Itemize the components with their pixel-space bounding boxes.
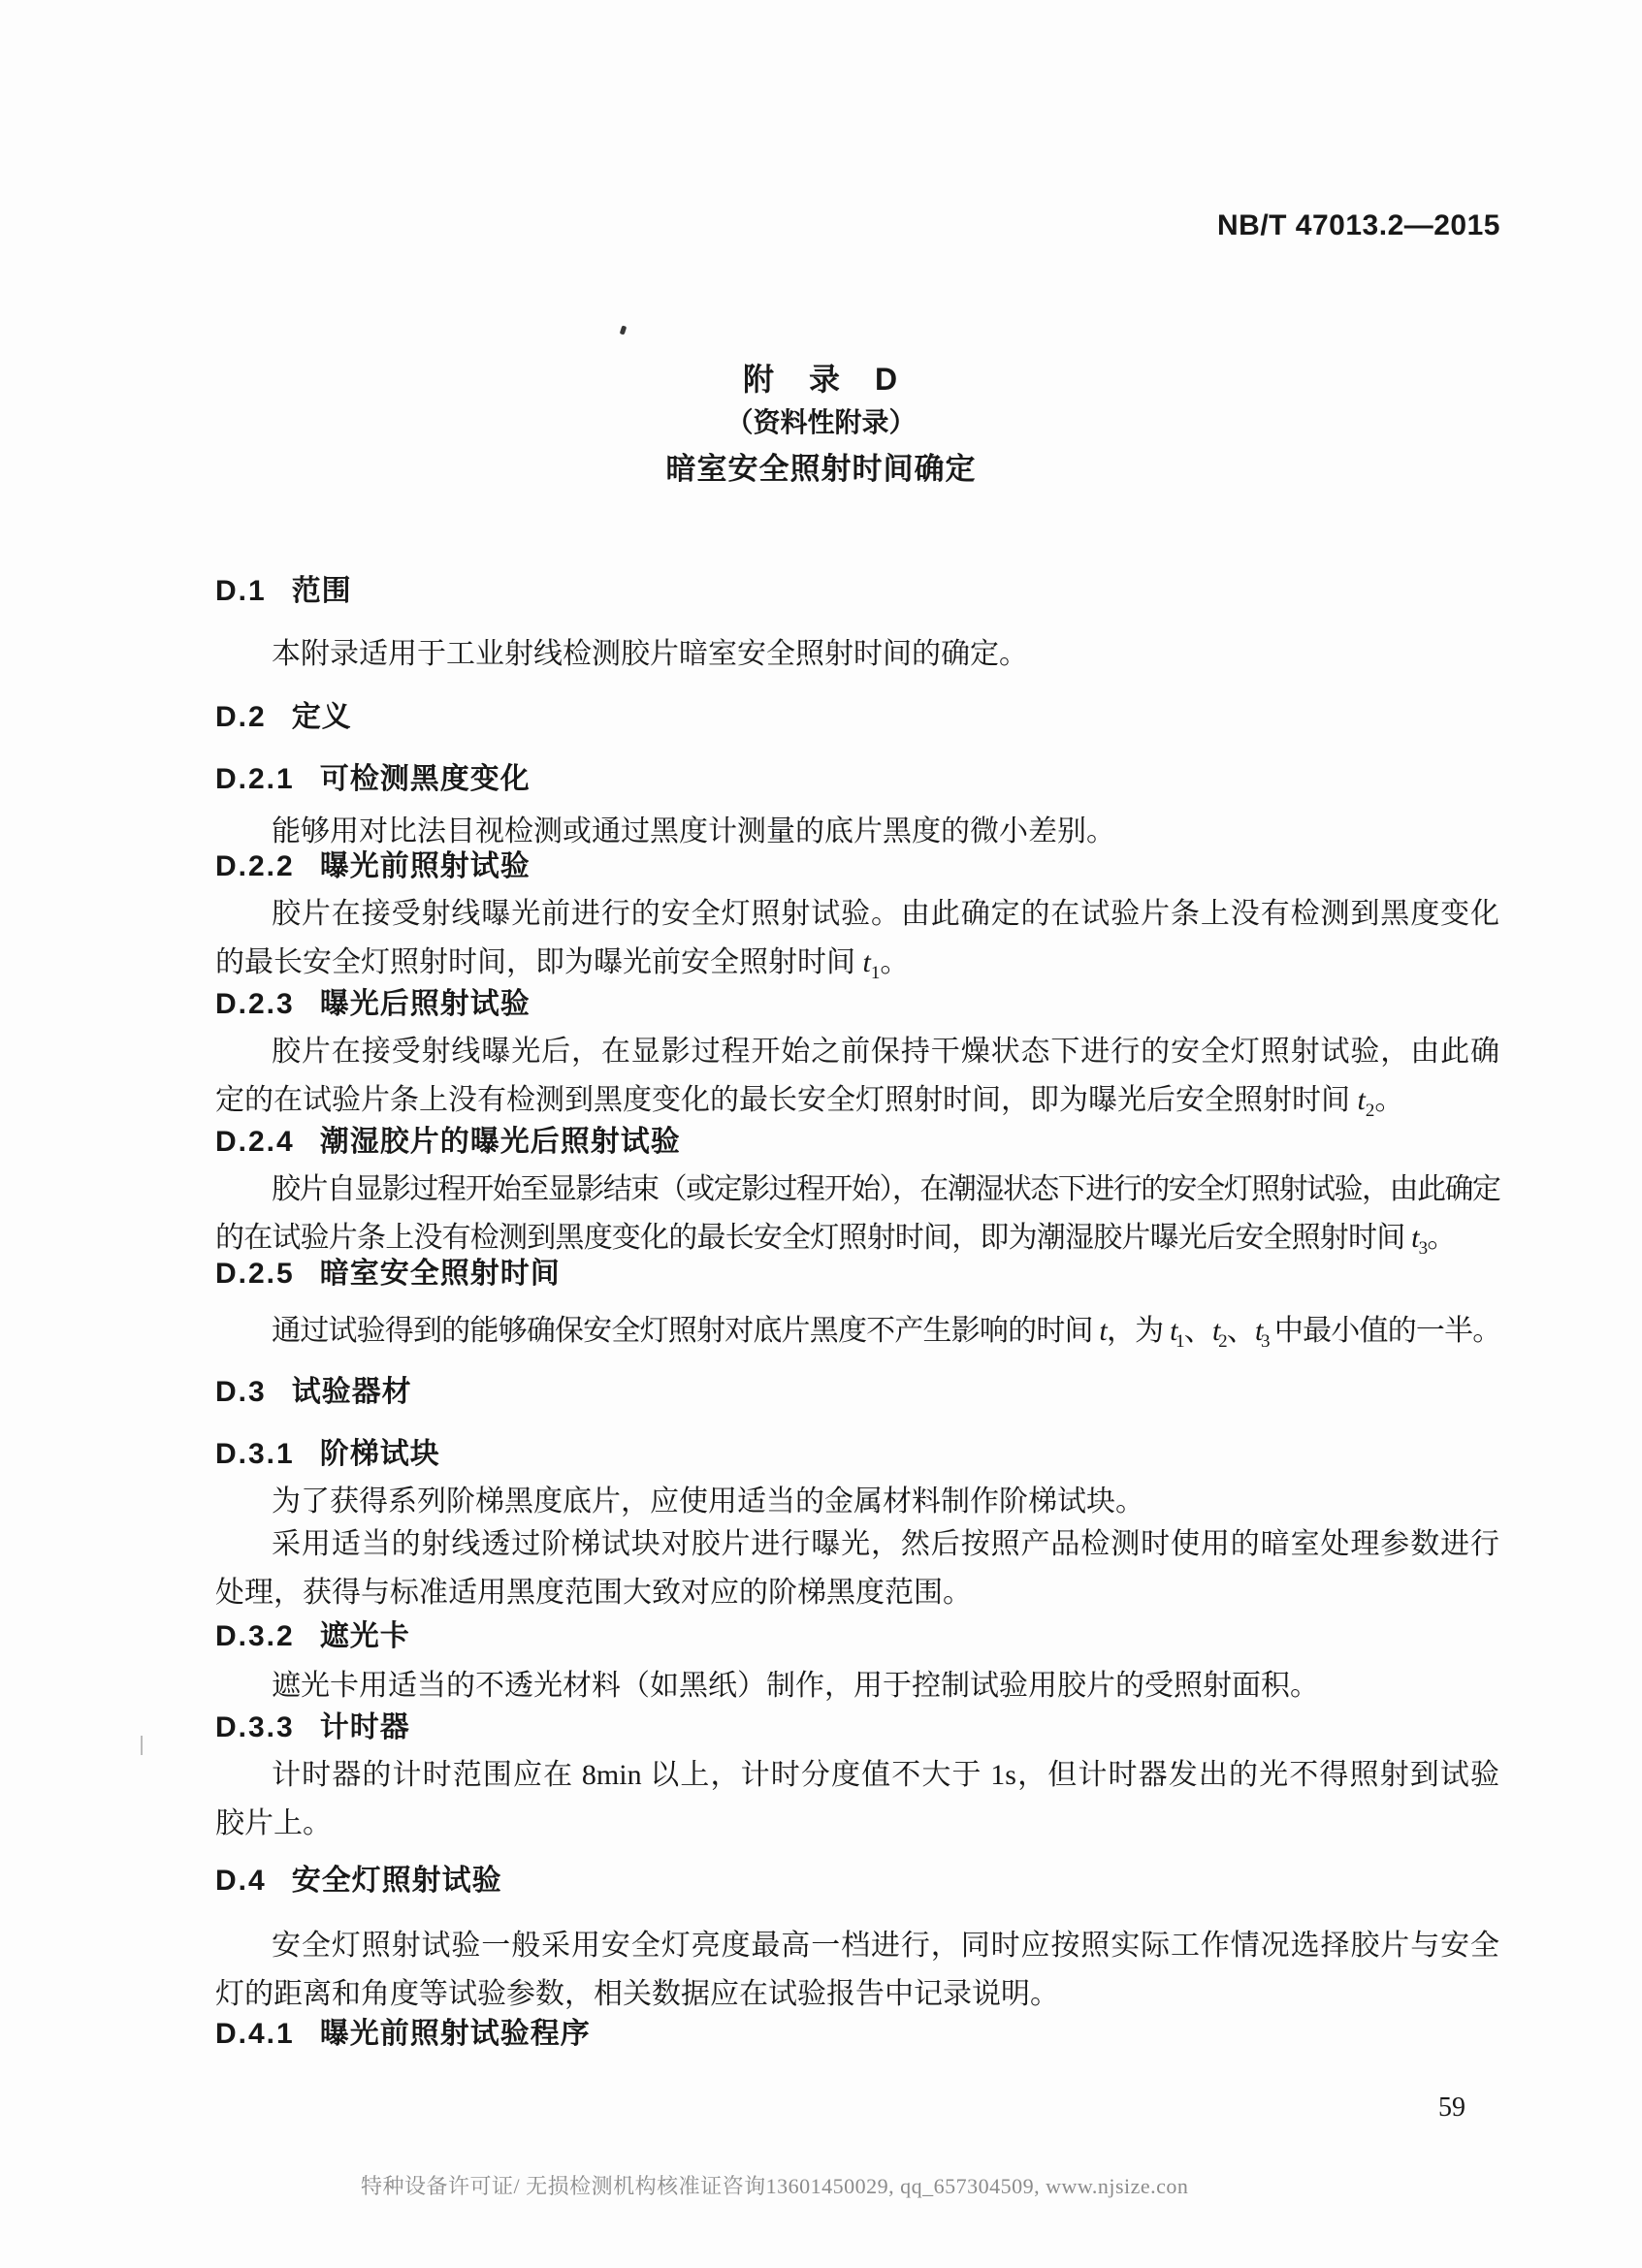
text-line: 定的在试验片条上没有检测到黑度变化的最长安全灯照射时间，即为曝光后安全照射时间 … [215,1076,1499,1125]
section-title: 可检测黑度变化 [320,763,531,795]
section-number: D.4 [215,1865,267,1897]
text-line: 胶片自显影过程开始至显影结束（或定影过程开始），在潮湿状态下进行的安全灯照射试验… [215,1166,1499,1214]
text-segment: 。 [1374,1084,1403,1116]
text-line: 安全灯照射试验一般采用安全灯亮度最高一档进行，同时应按照实际工作情况选择胶片与安… [215,1922,1499,1970]
section-number: D.2.4 [215,1126,295,1158]
section-heading-d32: D.3.2遮光卡 [215,1619,410,1654]
text-segment: 。 [1427,1222,1455,1254]
section-number: D.4.1 [215,2018,295,2050]
variable-t: t [1411,1222,1419,1254]
section-title: 曝光后照射试验 [320,988,531,1020]
appendix-type-note: （资料性附录） [0,401,1642,440]
section-number: D.1 [215,575,267,607]
paragraph-d32: 遮光卡用适当的不透光材料（如黑纸）制作，用于控制试验用胶片的受照射面积。 [215,1662,1499,1710]
section-heading-d4: D.4安全灯照射试验 [215,1864,502,1899]
paragraph-d22: 胶片在接受射线曝光前进行的安全灯照射试验。由此确定的在试验片条上没有检测到黑度变… [215,890,1499,987]
text-segment: 通过试验得到的能够确保安全灯照射对底片黑度不产生影响的时间 [272,1315,1099,1347]
section-title: 曝光前照射试验程序 [320,2018,591,2050]
text-segment: 中最小值的一半。 [1268,1315,1499,1347]
section-heading-d1: D.1范围 [215,574,352,609]
section-heading-d25: D.2.5暗室安全照射时间 [215,1257,561,1292]
section-heading-d22: D.2.2曝光前照射试验 [215,849,531,884]
section-title: 曝光前照射试验 [320,850,531,882]
paragraph-d33: 计时器的计时范围应在 8min 以上，计时分度值不大于 1s，但计时器发出的光不… [215,1751,1499,1848]
text-line: 为了获得系列阶梯黑度底片，应使用适当的金属材料制作阶梯试块。 [215,1478,1499,1526]
text-line: 的最长安全灯照射时间，即为曝光前安全照射时间 t1。 [215,939,1499,987]
paragraph-d25: 通过试验得到的能够确保安全灯照射对底片黑度不产生影响的时间 t，为 t1、t2、… [215,1307,1499,1356]
variable-subscript: 2 [1366,1101,1375,1121]
scan-margin-artifact [141,1736,143,1755]
text-line: 的在试验片条上没有检测到黑度变化的最长安全灯照射时间，即为潮湿胶片曝光后安全照射… [215,1214,1499,1262]
variable-t: t [863,946,871,978]
section-number: D.2.2 [215,850,295,882]
section-title: 计时器 [320,1711,410,1743]
text-line: 胶片上。 [215,1800,1499,1848]
text-line: 本附录适用于工业射线检测胶片暗室安全照射时间的确定。 [215,630,1499,679]
text-segment: 的在试验片条上没有检测到黑度变化的最长安全灯照射时间，即为潮湿胶片曝光后安全照射… [215,1222,1411,1254]
paragraph-d24: 胶片自显影过程开始至显影结束（或定影过程开始），在潮湿状态下进行的安全灯照射试验… [215,1166,1499,1262]
footer-watermark: 特种设备许可证/ 无损检测机构核准证咨询13601450029, qq_6573… [361,2170,1188,2200]
text-line: 胶片在接受射线曝光前进行的安全灯照射试验。由此确定的在试验片条上没有检测到黑度变… [215,890,1499,939]
page-number: 59 [1438,2092,1465,2124]
text-line: 采用适当的射线透过阶梯试块对胶片进行曝光，然后按照产品检测时使用的暗室处理参数进… [215,1520,1499,1569]
section-title: 遮光卡 [320,1620,410,1652]
section-number: D.3.1 [215,1438,295,1470]
section-number: D.2.5 [215,1258,295,1290]
text-line: 胶片在接受射线曝光后，在显影过程开始之前保持干燥状态下进行的安全灯照射试验，由此… [215,1028,1499,1076]
text-segment: 定的在试验片条上没有检测到黑度变化的最长安全灯照射时间，即为曝光后安全照射时间 [215,1084,1358,1116]
text-line: 通过试验得到的能够确保安全灯照射对底片黑度不产生影响的时间 t，为 t1、t2、… [215,1307,1499,1356]
section-title: 定义 [292,701,352,733]
paragraph-d23: 胶片在接受射线曝光后，在显影过程开始之前保持干燥状态下进行的安全灯照射试验，由此… [215,1028,1499,1125]
section-title: 潮湿胶片的曝光后照射试验 [320,1126,681,1158]
text-segment: 、 [1225,1315,1255,1347]
appendix-subject-title: 暗室安全照射时间确定 [0,444,1642,488]
paragraph-d31-2: 采用适当的射线透过阶梯试块对胶片进行曝光，然后按照产品检测时使用的暗室处理参数进… [215,1520,1499,1617]
paragraph-d31-1: 为了获得系列阶梯黑度底片，应使用适当的金属材料制作阶梯试块。 [215,1478,1499,1526]
text-segment: 的最长安全灯照射时间，即为曝光前安全照射时间 [215,946,863,978]
section-heading-d23: D.2.3曝光后照射试验 [215,987,531,1022]
section-title: 安全灯照射试验 [292,1865,502,1897]
text-segment: 、 [1182,1315,1212,1347]
section-number: D.3 [215,1376,267,1408]
paragraph-d4: 安全灯照射试验一般采用安全灯亮度最高一档进行，同时应按照实际工作情况选择胶片与安… [215,1922,1499,2019]
section-number: D.2 [215,701,267,733]
section-heading-d21: D.2.1可检测黑度变化 [215,762,531,797]
document-page: NB/T 47013.2—2015 附 录 D （资料性附录） 暗室安全照射时间… [0,0,1642,2268]
text-line: 处理，获得与标准适用黑度范围大致对应的阶梯黑度范围。 [215,1569,1499,1617]
text-line: 灯的距离和角度等试验参数，相关数据应在试验报告中记录说明。 [215,1970,1499,2019]
section-title: 试验器材 [292,1376,412,1408]
paragraph-d1: 本附录适用于工业射线检测胶片暗室安全照射时间的确定。 [215,630,1499,679]
scanned-content: NB/T 47013.2—2015 附 录 D （资料性附录） 暗室安全照射时间… [0,0,1642,2268]
text-line: 遮光卡用适当的不透光材料（如黑纸）制作，用于控制试验用胶片的受照射面积。 [215,1662,1499,1710]
header-standard-number: NB/T 47013.2—2015 [1217,209,1500,242]
text-line: 计时器的计时范围应在 8min 以上，计时分度值不大于 1s，但计时器发出的光不… [215,1751,1499,1800]
section-heading-d24: D.2.4潮湿胶片的曝光后照射试验 [215,1125,681,1160]
section-title: 阶梯试块 [320,1438,440,1470]
section-title: 范围 [292,575,352,607]
section-heading-d31: D.3.1阶梯试块 [215,1437,440,1472]
section-heading-d3: D.3试验器材 [215,1375,412,1410]
section-title: 暗室安全照射时间 [320,1258,561,1290]
appendix-title: 附 录 D [0,355,1642,399]
text-segment: ，为 [1105,1315,1170,1347]
section-heading-d33: D.3.3计时器 [215,1710,410,1745]
section-number: D.3.3 [215,1711,295,1743]
section-heading-d2: D.2定义 [215,700,352,735]
section-number: D.2.3 [215,988,295,1020]
section-number: D.3.2 [215,1620,295,1652]
section-heading-d41: D.4.1曝光前照射试验程序 [215,2017,591,2052]
text-segment: 。 [880,946,909,978]
variable-t: t [1358,1084,1366,1116]
section-number: D.2.1 [215,763,295,795]
variable-subscript: 1 [871,963,881,983]
scan-speck-artifact [620,325,628,335]
